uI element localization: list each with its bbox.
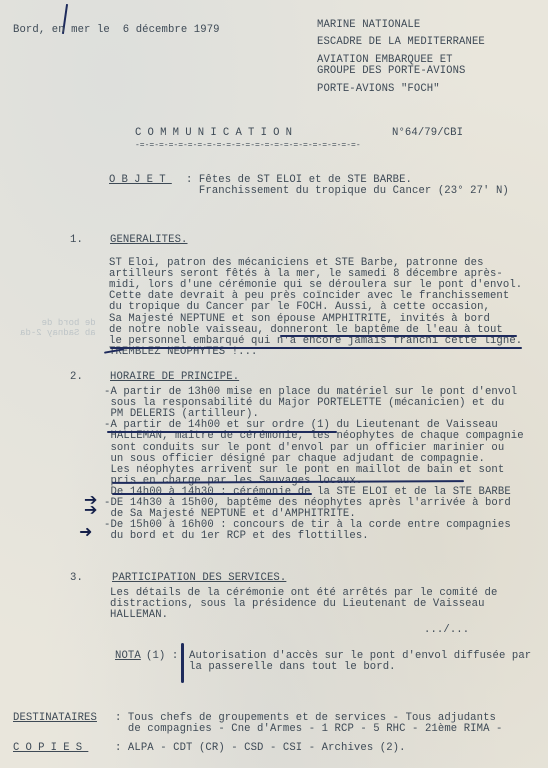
pen-arrow-icon: ➜	[79, 525, 92, 539]
org-line-1: MARINE NATIONALE	[317, 20, 420, 31]
destinataires-line-2: de compagnies - Cne d'Armes - 1 RCP - 5 …	[115, 724, 502, 735]
nota-ref: (1) :	[146, 651, 178, 662]
pen-underline	[110, 347, 522, 349]
section-1-title: GENERALITES.	[110, 235, 188, 246]
communication-title: COMMUNICATION	[135, 128, 298, 139]
communication-number: N°64/79/CBI	[392, 128, 463, 139]
pen-underline	[107, 431, 337, 433]
document-page: de bord de ab Sadnay 2-da Bord, en mer l…	[0, 0, 548, 768]
section-2-title: HORAIRE DE PRINCIPE.	[110, 372, 239, 383]
copies-label: COPIES	[13, 743, 88, 754]
continuation-mark: .../...	[424, 625, 469, 636]
section-1-number: 1.	[70, 235, 83, 246]
pen-underline	[280, 335, 517, 337]
org-line-5: PORTE-AVIONS "FOCH"	[317, 84, 440, 95]
title-dashes: -=-=-=-=-=-=-=-=-=-=-=-=-=-=-=-=-=-=-=-=…	[135, 140, 361, 151]
place-date: Bord, en mer le 6 décembre 1979	[13, 25, 220, 36]
org-line-4: GROUPE DES PORTE-AVIONS	[317, 66, 466, 77]
copies-line: : ALPA - CDT (CR) - CSD - CSI - Archives…	[115, 743, 406, 754]
body-line: du bord et du 1er RCP et des flottilles.	[104, 531, 369, 542]
pen-underline	[112, 493, 312, 495]
pen-bracket	[181, 643, 184, 683]
pen-arrow-icon: ➔	[84, 503, 97, 517]
nota-line-2: la passerelle dans tout le bord.	[189, 662, 396, 673]
org-line-2: ESCADRE DE LA MEDITERRANEE	[317, 37, 485, 48]
body-line: HALLEMAN.	[110, 610, 168, 621]
section-2-number: 2.	[70, 372, 83, 383]
destinataires-label: DESTINATAIRES	[13, 713, 97, 724]
section-3-title: PARTICIPATION DES SERVICES.	[112, 573, 286, 584]
objet-label: OBJET	[109, 175, 172, 186]
objet-line-2: Franchissement du tropique du Cancer (23…	[186, 186, 509, 197]
bleed-through-text: de bord de ab Sadnay 2-da	[20, 318, 96, 338]
section-3-number: 3.	[70, 573, 83, 584]
nota-label: NOTA	[115, 651, 141, 662]
